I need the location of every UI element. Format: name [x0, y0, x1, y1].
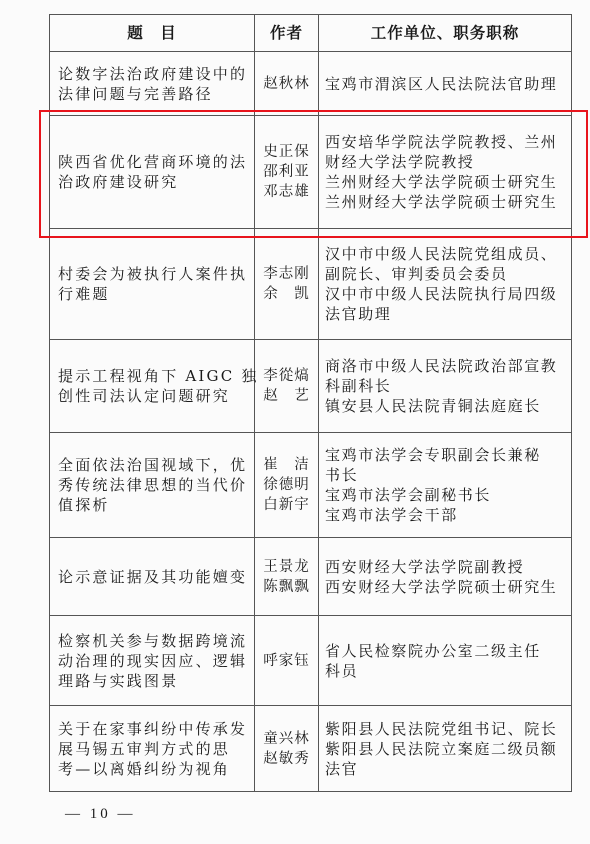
author-cell: 史正保邵利亚邓志雄: [255, 116, 319, 229]
paper-title-cell-line: 关于在家事纠纷中传承发: [58, 719, 250, 739]
paper-title-cell-line: 秀传统法律思想的当代价: [58, 475, 250, 495]
work-unit-cell-line: 兰州财经大学法学院硕士研究生: [325, 192, 569, 212]
work-unit-cell-line: 书长: [325, 465, 569, 485]
work-unit-cell-line: 汉中市中级人民法院执行局四级: [325, 284, 569, 304]
author-cell-line: 白新宇: [255, 495, 318, 515]
work-unit-cell: 西安培华学院法学院教授、兰州财经大学法学院教授兰州财经大学法学院硕士研究生兰州财…: [319, 116, 572, 229]
paper-title-cell-line: 展马锡五审判方式的思: [58, 739, 250, 759]
author-cell-line: 余 凯: [255, 284, 318, 304]
work-unit-cell-line: 科员: [325, 661, 569, 681]
author-cell: 崔 洁徐德明白新宇: [255, 433, 319, 538]
author-cell-line: 李從熇: [255, 366, 318, 386]
paper-title-cell-line: 行难题: [58, 284, 250, 304]
paper-title-cell-line: 检察机关参与数据跨境流: [58, 631, 250, 651]
work-unit-cell-line: 兰州财经大学法学院硕士研究生: [325, 172, 569, 192]
table-header-row: 题 目 作者 工作单位、职务职称: [50, 15, 572, 52]
table-row: 论数字法治政府建设中的法律问题与完善路径赵秋林宝鸡市渭滨区人民法院法官助理: [50, 52, 572, 116]
author-cell-line: 崔 洁: [255, 455, 318, 475]
author-cell-line: 赵 艺: [255, 386, 318, 406]
author-cell-line: 李志刚: [255, 264, 318, 284]
work-unit-cell: 汉中市中级人民法院党组成员、副院长、审判委员会委员汉中市中级人民法院执行局四级法…: [319, 229, 572, 340]
paper-title-cell: 村委会为被执行人案件执行难题: [50, 229, 255, 340]
table-row: 论示意证据及其功能嬗变王景龙陈飘飘西安财经大学法学院副教授西安财经大学法学院硕士…: [50, 538, 572, 616]
work-unit-cell-line: 宝鸡市法学会副秘书长: [325, 485, 569, 505]
work-unit-cell-line: 商洛市中级人民法院政治部宣教: [325, 356, 569, 376]
author-cell-line: 赵秋林: [255, 74, 318, 94]
work-unit-cell-line: 副院长、审判委员会委员: [325, 264, 569, 284]
table-row: 陕西省优化营商环境的法治政府建设研究史正保邵利亚邓志雄西安培华学院法学院教授、兰…: [50, 116, 572, 229]
paper-title-cell: 论数字法治政府建设中的法律问题与完善路径: [50, 52, 255, 116]
work-unit-cell-line: 汉中市中级人民法院党组成员、: [325, 244, 569, 264]
table-row: 村委会为被执行人案件执行难题李志刚余 凯汉中市中级人民法院党组成员、副院长、审判…: [50, 229, 572, 340]
paper-title-cell-line: 理路与实践图景: [58, 671, 250, 691]
author-cell-line: 童兴林: [255, 729, 318, 749]
table-body: 论数字法治政府建设中的法律问题与完善路径赵秋林宝鸡市渭滨区人民法院法官助理陕西省…: [50, 52, 572, 792]
author-cell-line: 邓志雄: [255, 182, 318, 202]
work-unit-cell-line: 财经大学法学院教授: [325, 152, 569, 172]
work-unit-cell: 宝鸡市渭滨区人民法院法官助理: [319, 52, 572, 116]
author-cell-line: 王景龙: [255, 557, 318, 577]
author-cell-line: 呼家钰: [255, 651, 318, 671]
work-unit-cell-line: 紫阳县人民法院党组书记、院长: [325, 719, 569, 739]
work-unit-cell-line: 紫阳县人民法院立案庭二级员额: [325, 739, 569, 759]
work-unit-cell-line: 科副科长: [325, 376, 569, 396]
paper-title-cell-line: 治政府建设研究: [58, 172, 250, 192]
author-cell-line: 史正保: [255, 142, 318, 162]
paper-title-cell: 检察机关参与数据跨境流动治理的现实因应、逻辑理路与实践图景: [50, 616, 255, 706]
work-unit-cell: 西安财经大学法学院副教授西安财经大学法学院硕士研究生: [319, 538, 572, 616]
header-author: 作者: [255, 15, 319, 52]
author-cell: 李志刚余 凯: [255, 229, 319, 340]
paper-title-cell-line: 论数字法治政府建设中的: [58, 64, 250, 84]
paper-title-cell-line: 考—以离婚纠纷为视角: [58, 759, 250, 779]
table-row: 关于在家事纠纷中传承发展马锡五审判方式的思考—以离婚纠纷为视角童兴林赵敏秀紫阳县…: [50, 706, 572, 792]
paper-title-cell: 陕西省优化营商环境的法治政府建设研究: [50, 116, 255, 229]
table-row: 检察机关参与数据跨境流动治理的现实因应、逻辑理路与实践图景呼家钰省人民检察院办公…: [50, 616, 572, 706]
table-row: 全面依法治国视域下，优秀传统法律思想的当代价值探析崔 洁徐德明白新宇宝鸡市法学会…: [50, 433, 572, 538]
document-page: 题 目 作者 工作单位、职务职称 论数字法治政府建设中的法律问题与完善路径赵秋林…: [0, 0, 590, 844]
paper-title-cell-line: 提示工程视角下 AIGC 独: [58, 366, 250, 386]
work-unit-cell-line: 西安财经大学法学院硕士研究生: [325, 577, 569, 597]
work-unit-cell-line: 西安财经大学法学院副教授: [325, 557, 569, 577]
paper-title-cell: 提示工程视角下 AIGC 独创性司法认定问题研究: [50, 340, 255, 433]
award-table: 题 目 作者 工作单位、职务职称 论数字法治政府建设中的法律问题与完善路径赵秋林…: [49, 14, 572, 792]
work-unit-cell: 省人民检察院办公室二级主任科员: [319, 616, 572, 706]
paper-title-cell-line: 村委会为被执行人案件执: [58, 264, 250, 284]
paper-title-cell: 关于在家事纠纷中传承发展马锡五审判方式的思考—以离婚纠纷为视角: [50, 706, 255, 792]
work-unit-cell: 宝鸡市法学会专职副会长兼秘书长宝鸡市法学会副秘书长宝鸡市法学会干部: [319, 433, 572, 538]
header-title: 题 目: [50, 15, 255, 52]
paper-title-cell-line: 创性司法认定问题研究: [58, 386, 250, 406]
page-number: — 10 —: [65, 806, 136, 823]
author-cell: 呼家钰: [255, 616, 319, 706]
work-unit-cell-line: 省人民检察院办公室二级主任: [325, 641, 569, 661]
work-unit-cell-line: 法官: [325, 759, 569, 779]
paper-title-cell: 全面依法治国视域下，优秀传统法律思想的当代价值探析: [50, 433, 255, 538]
work-unit-cell-line: 法官助理: [325, 304, 569, 324]
author-cell: 赵秋林: [255, 52, 319, 116]
author-cell: 李從熇赵 艺: [255, 340, 319, 433]
work-unit-cell-line: 宝鸡市法学会干部: [325, 505, 569, 525]
paper-title-cell-line: 陕西省优化营商环境的法: [58, 152, 250, 172]
author-cell: 童兴林赵敏秀: [255, 706, 319, 792]
author-cell: 王景龙陈飘飘: [255, 538, 319, 616]
table-row: 提示工程视角下 AIGC 独创性司法认定问题研究李從熇赵 艺商洛市中级人民法院政…: [50, 340, 572, 433]
work-unit-cell-line: 宝鸡市渭滨区人民法院法官助理: [325, 74, 569, 94]
paper-title-cell-line: 动治理的现实因应、逻辑: [58, 651, 250, 671]
author-cell-line: 邵利亚: [255, 162, 318, 182]
header-unit: 工作单位、职务职称: [319, 15, 572, 52]
author-cell-line: 赵敏秀: [255, 749, 318, 769]
paper-title-cell-line: 全面依法治国视域下，优: [58, 455, 250, 475]
paper-title-cell: 论示意证据及其功能嬗变: [50, 538, 255, 616]
paper-title-cell-line: 论示意证据及其功能嬗变: [58, 567, 250, 587]
work-unit-cell-line: 镇安县人民法院青铜法庭庭长: [325, 396, 569, 416]
author-cell-line: 徐德明: [255, 475, 318, 495]
work-unit-cell-line: 西安培华学院法学院教授、兰州: [325, 132, 569, 152]
paper-title-cell-line: 值探析: [58, 495, 250, 515]
paper-title-cell-line: 法律问题与完善路径: [58, 84, 250, 104]
author-cell-line: 陈飘飘: [255, 577, 318, 597]
work-unit-cell-line: 宝鸡市法学会专职副会长兼秘: [325, 445, 569, 465]
work-unit-cell: 紫阳县人民法院党组书记、院长紫阳县人民法院立案庭二级员额法官: [319, 706, 572, 792]
work-unit-cell: 商洛市中级人民法院政治部宣教科副科长镇安县人民法院青铜法庭庭长: [319, 340, 572, 433]
